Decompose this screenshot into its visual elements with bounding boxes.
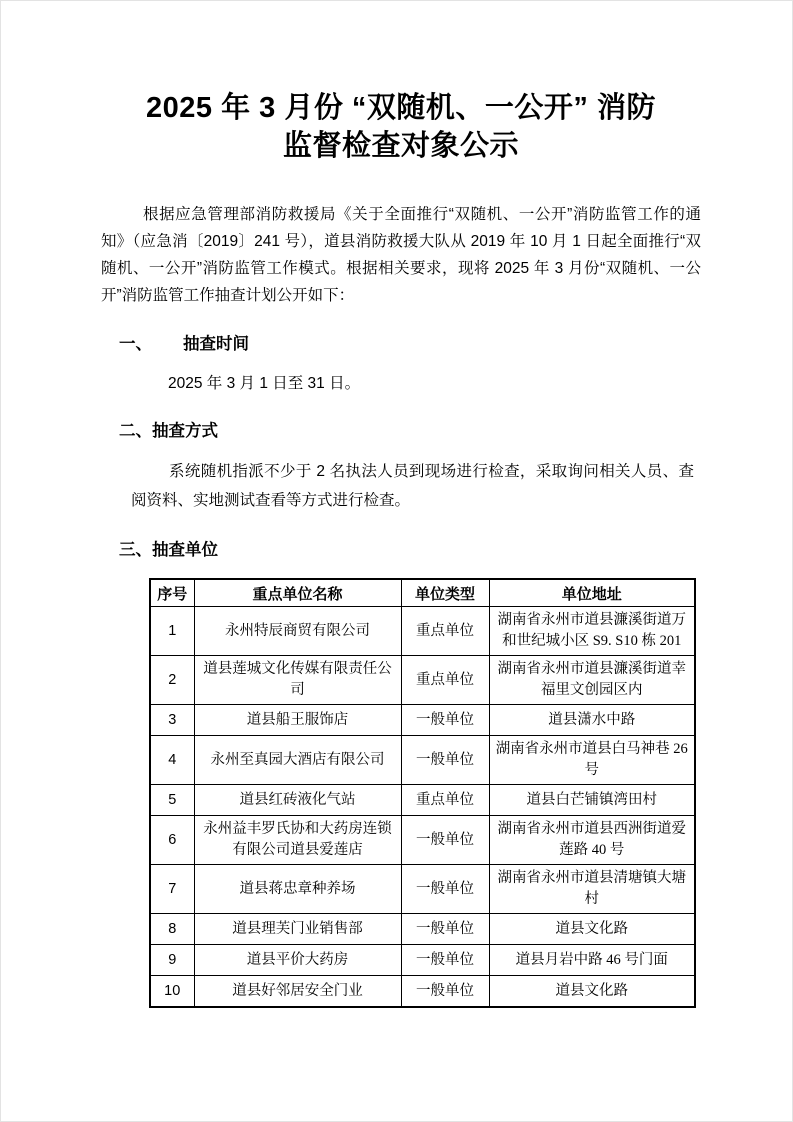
cell-unit-type: 一般单位 [401, 945, 489, 976]
intro-paragraph: 根据应急管理部消防救援局《关于全面推行“双随机、一公开”消防监管工作的通知》（应… [101, 201, 701, 309]
section-2-heading: 二、抽查方式 [119, 421, 701, 442]
cell-unit-name: 道县好邻居安全门业 [194, 976, 401, 1008]
header-address: 单位地址 [489, 579, 695, 607]
header-seq: 序号 [150, 579, 194, 607]
table-row: 5 道县红砖液化气站 重点单位 道县白芒铺镇湾田村 [150, 785, 695, 816]
table-row: 10 道县好邻居安全门业 一般单位 道县文化路 [150, 976, 695, 1008]
cell-unit-address: 湖南省永州市道县清塘镇大塘村 [489, 865, 695, 914]
table-row: 3 道县船王服饰店 一般单位 道县潇水中路 [150, 705, 695, 736]
cell-unit-name: 道县理芙门业销售部 [194, 914, 401, 945]
cell-unit-type: 一般单位 [401, 705, 489, 736]
cell-seq: 10 [150, 976, 194, 1008]
cell-unit-address: 湖南省永州市道县白马神巷 26 号 [489, 736, 695, 785]
cell-unit-name: 永州益丰罗氏协和大药房连锁有限公司道县爱莲店 [194, 816, 401, 865]
cell-unit-name: 道县红砖液化气站 [194, 785, 401, 816]
cell-unit-name: 道县莲城文化传媒有限责任公司 [194, 656, 401, 705]
cell-seq: 7 [150, 865, 194, 914]
title-line-1: 2025 年 3 月份 “双随机、一公开” 消防 [101, 89, 701, 127]
cell-unit-name: 永州特辰商贸有限公司 [194, 607, 401, 656]
table-row: 6 永州益丰罗氏协和大药房连锁有限公司道县爱莲店 一般单位 湖南省永州市道县西洲… [150, 816, 695, 865]
cell-unit-address: 道县潇水中路 [489, 705, 695, 736]
table-header-row: 序号 重点单位名称 单位类型 单位地址 [150, 579, 695, 607]
cell-unit-name: 道县船王服饰店 [194, 705, 401, 736]
section-1-title: 抽查时间 [183, 335, 249, 353]
inspection-units-table: 序号 重点单位名称 单位类型 单位地址 1 永州特辰商贸有限公司 重点单位 湖南… [149, 578, 696, 1008]
table-row: 4 永州至真园大酒店有限公司 一般单位 湖南省永州市道县白马神巷 26 号 [150, 736, 695, 785]
table-row: 8 道县理芙门业销售部 一般单位 道县文化路 [150, 914, 695, 945]
cell-unit-address: 湖南省永州市道县濂溪街道万和世纪城小区 S9. S10 栋 201 [489, 607, 695, 656]
cell-unit-address: 道县月岩中路 46 号门面 [489, 945, 695, 976]
section-3-title: 抽查单位 [152, 541, 218, 559]
table-row: 7 道县蒋忠章种养场 一般单位 湖南省永州市道县清塘镇大塘村 [150, 865, 695, 914]
table-row: 9 道县平价大药房 一般单位 道县月岩中路 46 号门面 [150, 945, 695, 976]
cell-seq: 4 [150, 736, 194, 785]
cell-seq: 9 [150, 945, 194, 976]
section-1-heading: 一、抽查时间 [119, 334, 701, 355]
header-name: 重点单位名称 [194, 579, 401, 607]
header-type: 单位类型 [401, 579, 489, 607]
section-3-number: 三、 [119, 541, 152, 559]
cell-unit-type: 一般单位 [401, 976, 489, 1008]
cell-unit-type: 重点单位 [401, 656, 489, 705]
cell-unit-name: 永州至真园大酒店有限公司 [194, 736, 401, 785]
cell-unit-address: 道县白芒铺镇湾田村 [489, 785, 695, 816]
cell-unit-address: 道县文化路 [489, 976, 695, 1008]
cell-unit-type: 重点单位 [401, 785, 489, 816]
section-2-title: 抽查方式 [152, 422, 218, 440]
section-1-body: 2025 年 3 月 1 日至 31 日。 [168, 372, 701, 396]
cell-unit-address: 湖南省永州市道县濂溪街道幸福里文创园区内 [489, 656, 695, 705]
section-3-heading: 三、抽查单位 [119, 540, 701, 561]
document-page: 2025 年 3 月份 “双随机、一公开” 消防 监督检查对象公示 根据应急管理… [1, 1, 793, 1121]
cell-unit-type: 一般单位 [401, 914, 489, 945]
document-title: 2025 年 3 月份 “双随机、一公开” 消防 监督检查对象公示 [101, 89, 701, 165]
cell-unit-address: 湖南省永州市道县西洲街道爱莲路 40 号 [489, 816, 695, 865]
cell-unit-type: 一般单位 [401, 865, 489, 914]
cell-seq: 3 [150, 705, 194, 736]
table-row: 2 道县莲城文化传媒有限责任公司 重点单位 湖南省永州市道县濂溪街道幸福里文创园… [150, 656, 695, 705]
title-line-2: 监督检查对象公示 [101, 127, 701, 165]
cell-seq: 5 [150, 785, 194, 816]
cell-unit-type: 重点单位 [401, 607, 489, 656]
section-2-body: 系统随机指派不少于 2 名执法人员到现场进行检查，采取询问相关人员、查阅资料、实… [131, 457, 694, 515]
cell-unit-type: 一般单位 [401, 816, 489, 865]
cell-seq: 8 [150, 914, 194, 945]
cell-seq: 2 [150, 656, 194, 705]
section-2-number: 二、 [119, 422, 152, 440]
cell-unit-name: 道县平价大药房 [194, 945, 401, 976]
cell-unit-address: 道县文化路 [489, 914, 695, 945]
cell-seq: 6 [150, 816, 194, 865]
table-row: 1 永州特辰商贸有限公司 重点单位 湖南省永州市道县濂溪街道万和世纪城小区 S9… [150, 607, 695, 656]
table-body: 1 永州特辰商贸有限公司 重点单位 湖南省永州市道县濂溪街道万和世纪城小区 S9… [150, 607, 695, 1008]
cell-unit-name: 道县蒋忠章种养场 [194, 865, 401, 914]
section-1-number: 一、 [119, 335, 152, 353]
cell-unit-type: 一般单位 [401, 736, 489, 785]
cell-seq: 1 [150, 607, 194, 656]
